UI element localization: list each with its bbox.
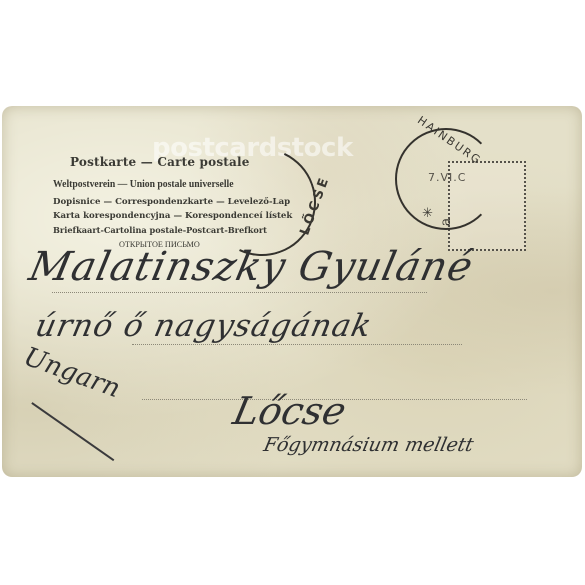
header-union: Weltpostverein — Union postale universel…: [53, 178, 234, 190]
postmark-date: 7.VI.C: [428, 171, 466, 184]
postmark-letter: a: [438, 218, 454, 226]
postcard-back: postcardstock Postkarte — Carte postale …: [2, 106, 582, 477]
handwritten-name: Malatinszky Gyuláné: [25, 244, 477, 290]
handwritten-underline: [32, 402, 115, 461]
address-line-2: [132, 344, 462, 345]
handwritten-city: Lőcse: [229, 389, 350, 433]
handwritten-note: Főgymnásium mellett: [262, 434, 476, 456]
handwritten-honorific: úrnő ő nagyságának: [32, 308, 375, 344]
address-line-1: [52, 292, 427, 293]
postmark-star-icon: ✳: [422, 206, 433, 221]
handwritten-country: Ungarn: [20, 342, 124, 404]
